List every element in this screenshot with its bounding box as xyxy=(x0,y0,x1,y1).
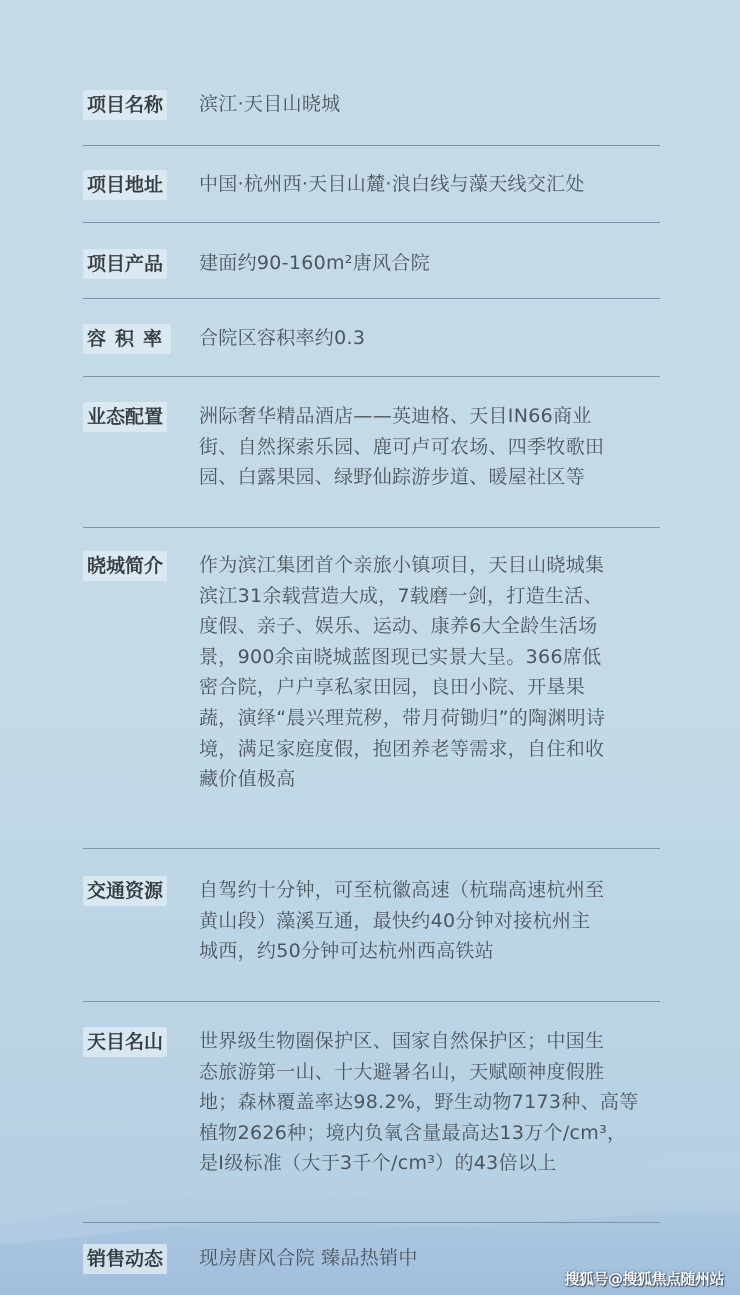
field-label: 交通资源 xyxy=(83,876,167,906)
value-line: 态旅游第一山、十大避暑名山，天赋颐神度假胜 xyxy=(199,1057,665,1088)
field-value: 自驾约十分钟，可至杭徽高速（杭瑞高速杭州至 黄山段）藻溪互通，最快约40分钟对接… xyxy=(199,875,665,967)
divider xyxy=(83,527,660,528)
field-label: 项目地址 xyxy=(83,170,167,200)
value-line: 园、白露果园、绿野仙踪游步道、暖屋社区等 xyxy=(199,462,665,493)
divider xyxy=(83,376,660,377)
value-line: 滨江·天目山晓城 xyxy=(199,89,665,120)
field-label: 销售动态 xyxy=(83,1244,167,1274)
value-line: 自驾约十分钟，可至杭徽高速（杭瑞高速杭州至 xyxy=(199,875,665,906)
value-line: 景，900余亩晓城蓝图现已实景大呈。366席低 xyxy=(199,642,665,673)
value-line: 滨江31余载营造大成，7载磨一剑，打造生活、 xyxy=(199,581,665,612)
value-line: 世界级生物圈保护区、国家自然保护区；中国生 xyxy=(199,1026,665,1057)
value-line: 是I级标准（大于3千个/cm³）的43倍以上 xyxy=(199,1148,665,1179)
value-line: 境，满足家庭度假，抱团养老等需求，自住和收 xyxy=(199,734,665,765)
value-line: 蔬，演绎“晨兴理荒秽，带月荷锄归”的陶渊明诗 xyxy=(199,703,665,734)
field-label: 项目名称 xyxy=(83,90,167,120)
value-line: 地；森林覆盖率达98.2%，野生动物7173种、高等 xyxy=(199,1087,665,1118)
value-line: 藏价值极高 xyxy=(199,764,665,795)
field-label: 业态配置 xyxy=(83,402,167,432)
value-line: 洲际奢华精品酒店——英迪格、天目IN66商业 xyxy=(199,401,665,432)
watermark: 搜狐号@搜狐焦点随州站 xyxy=(564,1268,724,1289)
value-line: 街、自然探索乐园、鹿可卢可农场、四季牧歌田 xyxy=(199,432,665,463)
field-value: 建面约90-160m²唐风合院 xyxy=(199,248,665,279)
value-line: 植物2626种；境内负氧含量最高达13万个/cm³， xyxy=(199,1118,665,1149)
value-line: 建面约90-160m²唐风合院 xyxy=(199,248,665,279)
divider xyxy=(83,222,660,223)
divider xyxy=(83,848,660,849)
field-value: 中国·杭州西·天目山麓·浪白线与藻天线交汇处 xyxy=(199,169,665,200)
divider xyxy=(83,1222,660,1223)
field-value: 世界级生物圈保护区、国家自然保护区；中国生 态旅游第一山、十大避暑名山，天赋颐神… xyxy=(199,1026,665,1179)
field-label: 项目产品 xyxy=(83,249,167,279)
field-value: 作为滨江集团首个亲旅小镇项目，天目山晓城集 滨江31余载营造大成，7载磨一剑，打… xyxy=(199,550,665,795)
field-label: 容积率 xyxy=(83,324,171,354)
divider xyxy=(83,298,660,299)
divider xyxy=(83,145,660,146)
field-value: 合院区容积率约0.3 xyxy=(199,323,665,354)
value-line: 度假、亲子、娱乐、运动、康养6大全龄生活场 xyxy=(199,611,665,642)
field-value: 洲际奢华精品酒店——英迪格、天目IN66商业 街、自然探索乐园、鹿可卢可农场、四… xyxy=(199,401,665,493)
value-line: 黄山段）藻溪互通，最快约40分钟对接杭州主 xyxy=(199,906,665,937)
field-label: 晓城简介 xyxy=(83,551,167,581)
value-line: 密合院，户户享私家田园，良田小院、开垦果 xyxy=(199,672,665,703)
project-info-sheet: 项目名称 滨江·天目山晓城 项目地址 中国·杭州西·天目山麓·浪白线与藻天线交汇… xyxy=(0,0,740,1295)
value-line: 合院区容积率约0.3 xyxy=(199,323,665,354)
field-label: 天目名山 xyxy=(83,1027,167,1057)
field-value: 滨江·天目山晓城 xyxy=(199,89,665,120)
value-line: 作为滨江集团首个亲旅小镇项目，天目山晓城集 xyxy=(199,550,665,581)
value-line: 中国·杭州西·天目山麓·浪白线与藻天线交汇处 xyxy=(199,169,665,200)
value-line: 城西，约50分钟可达杭州西高铁站 xyxy=(199,936,665,967)
divider xyxy=(83,1001,660,1002)
